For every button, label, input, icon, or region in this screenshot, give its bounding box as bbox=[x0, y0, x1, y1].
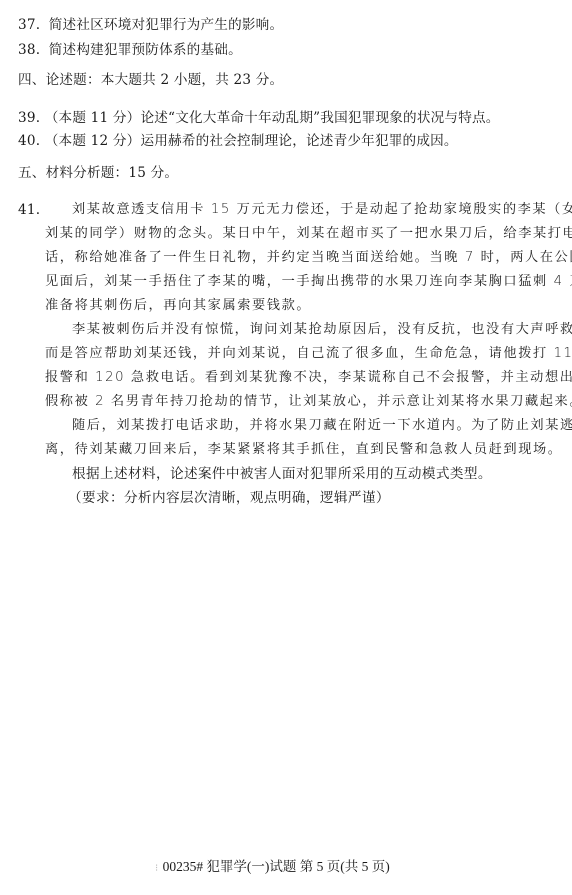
case-line-9: 假称被 2 名男青年持刀抢劫的情节，让刘某放心，并示意让刘某将水果刀藏起来。 bbox=[45, 393, 572, 411]
question-41-task: 根据上述材料，论述案件中被害人面对犯罪所采用的互动模式类型。 bbox=[72, 465, 492, 483]
case-line-3: 话，称给她准备了一件生日礼物，并约定当晚当面送给她。当晚 7 时，两人在公园 bbox=[45, 249, 572, 267]
question-number: 38. bbox=[18, 41, 40, 59]
case-line-7: 而是答应帮助刘某还钱，并向刘某说，自己流了很多血，生命危急，请他拨打 110 bbox=[45, 345, 572, 363]
question-39: 39. （本题 11 分）论述“文化大革命十年动乱期”我国犯罪现象的状况与特点。 bbox=[18, 109, 500, 127]
question-text: （本题 12 分）运用赫希的社会控制理论，论述青少年犯罪的成因。 bbox=[45, 133, 458, 149]
question-37: 37. 简述社区环境对犯罪行为产生的影响。 bbox=[18, 16, 283, 34]
scan-mark: ⁝ bbox=[155, 863, 157, 874]
case-line-5: 准备将其刺伤后，再向其家属索要钱款。 bbox=[45, 297, 311, 315]
question-38: 38. 简述构建犯罪预防体系的基础。 bbox=[18, 41, 242, 59]
case-line-6: 李某被刺伤后并没有惊慌，询问刘某抢劫原因后，没有反抗，也没有大声呼救， bbox=[72, 321, 572, 339]
question-text: （本题 11 分）论述“文化大革命十年动乱期”我国犯罪现象的状况与特点。 bbox=[45, 110, 500, 126]
question-text: 简述社区环境对犯罪行为产生的影响。 bbox=[49, 17, 284, 33]
case-line-10: 随后，刘某拨打电话求助，并将水果刀藏在附近一下水道内。为了防止刘某逃 bbox=[72, 417, 572, 435]
question-41-number: 41. bbox=[18, 201, 40, 219]
question-40: 40. （本题 12 分）运用赫希的社会控制理论，论述青少年犯罪的成因。 bbox=[18, 132, 458, 150]
case-line-8: 报警和 120 急救电话。看到刘某犹豫不决，李某谎称自己不会报警，并主动想出了 bbox=[45, 369, 572, 387]
question-number: 40. bbox=[18, 132, 40, 150]
question-number: 39. bbox=[18, 109, 40, 127]
case-line-11: 离，待刘某藏刀回来后，李某紧紧将其手抓住，直到民警和急救人员赶到现场。 bbox=[45, 441, 563, 459]
section-5-heading: 五、材料分析题：15 分。 bbox=[18, 164, 178, 182]
page-footer: ⁝ 00235# 犯罪学(一)试题 第 5 页(共 5 页) bbox=[155, 858, 390, 878]
footer-text: 00235# 犯罪学(一)试题 第 5 页(共 5 页) bbox=[163, 859, 390, 874]
question-text: 简述构建犯罪预防体系的基础。 bbox=[49, 42, 242, 58]
case-line-1: 刘某故意透支信用卡 15 万元无力偿还，于是动起了抢劫家境殷实的李某（女， bbox=[72, 201, 572, 219]
question-41-requirement: （要求：分析内容层次清晰，观点明确，逻辑严谨） bbox=[68, 489, 390, 507]
question-number: 37. bbox=[18, 16, 40, 34]
section-4-heading: 四、论述题：本大题共 2 小题，共 23 分。 bbox=[18, 71, 283, 89]
case-line-2: 刘某的同学）财物的念头。某日中午，刘某在超市买了一把水果刀后，给李某打电 bbox=[45, 225, 572, 243]
case-line-4: 见面后，刘某一手捂住了李某的嘴，一手掏出携带的水果刀连向李某胸口猛刺 4 刀， bbox=[45, 273, 572, 291]
